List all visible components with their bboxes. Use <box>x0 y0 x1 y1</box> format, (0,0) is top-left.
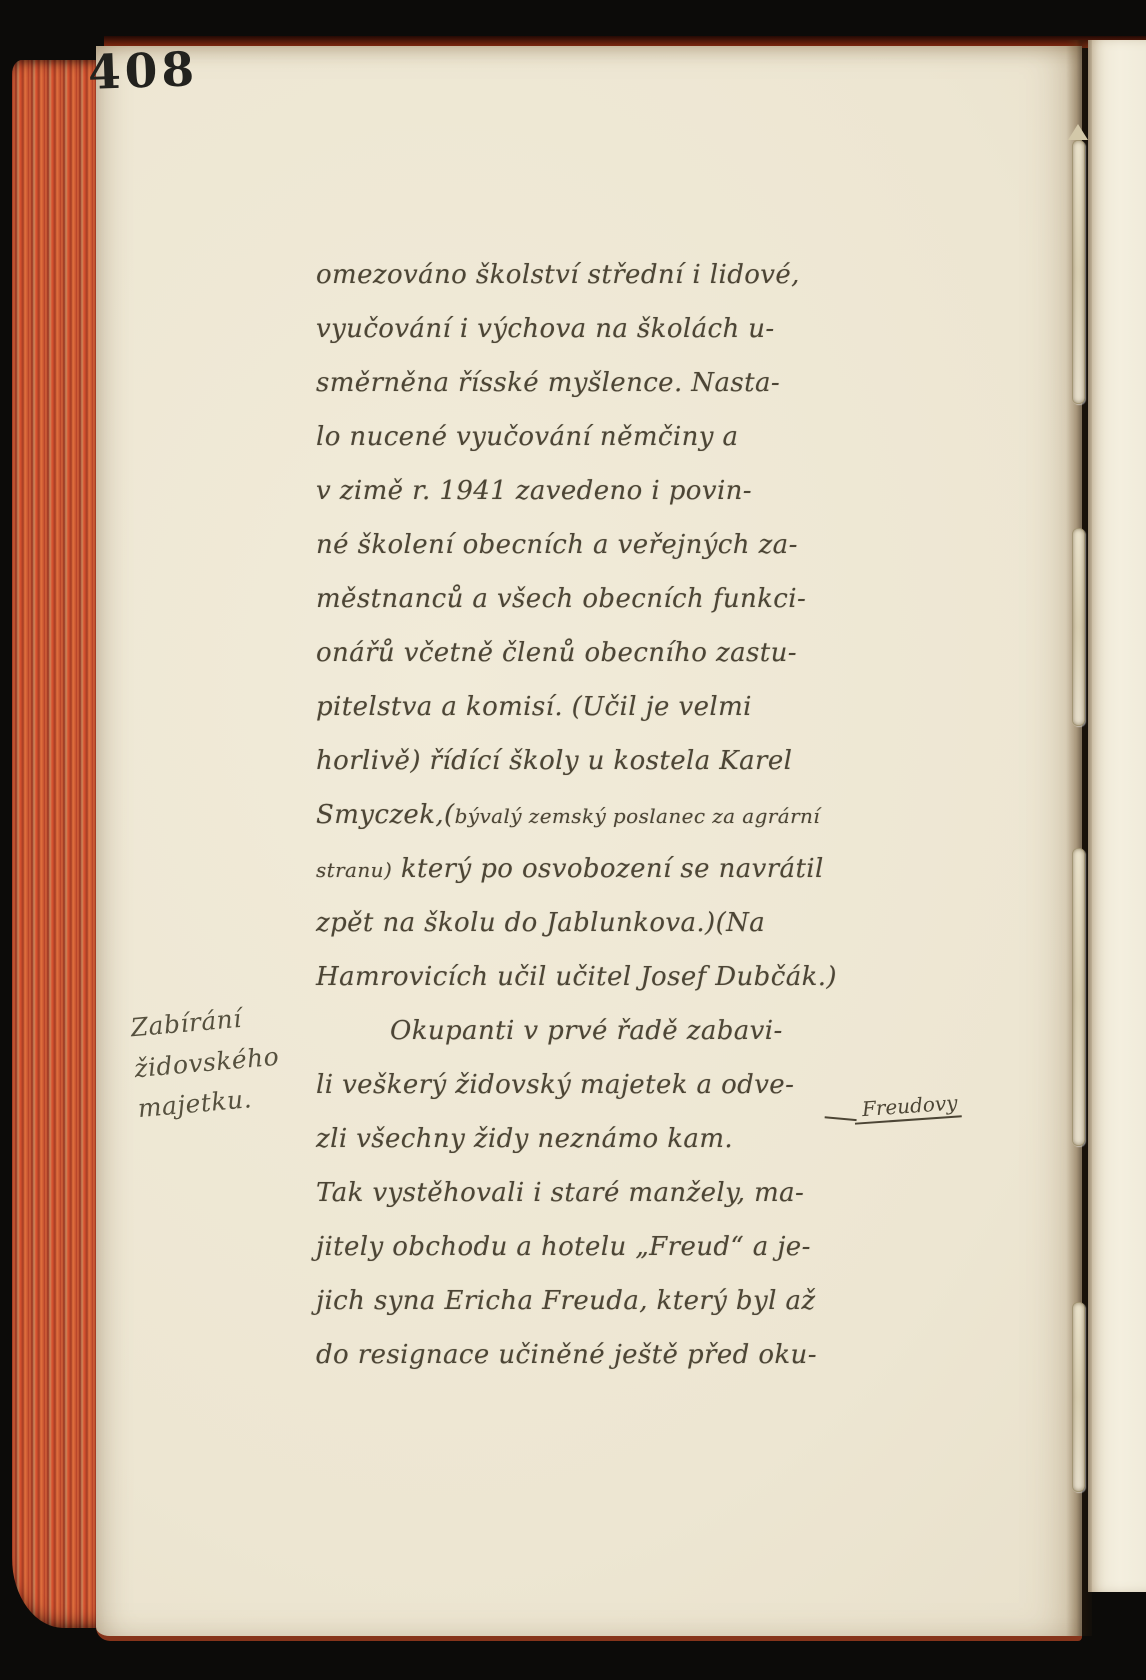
manuscript-line: směrněna řísské myšlence. Nasta- <box>316 356 976 410</box>
manuscript-text-segment: Okupanti v prvé řadě zabavi- <box>390 1016 783 1046</box>
manuscript-line: do resignace učiněné ještě před oku- <box>316 1328 976 1382</box>
manuscript-text-segment: zli všechny židy neznámo kam. <box>316 1124 733 1154</box>
red-page-edge-stack <box>12 60 108 1628</box>
manuscript-line: lo nucené vyučování němčiny a <box>316 410 976 464</box>
manuscript-text-segment: omezováno školství střední i lidové, <box>316 260 800 290</box>
manuscript-line: Smyczek,(bývalý zemský poslanec za agrár… <box>316 788 976 842</box>
manuscript-text: omezováno školství střední i lidové,vyuč… <box>316 248 976 1382</box>
manuscript-text-segment: Smyczek,( <box>316 800 455 830</box>
manuscript-text-segment: městnanců a všech obecních funkci- <box>316 584 806 614</box>
manuscript-line: v zimě r. 1941 zavedeno i povin- <box>316 464 976 518</box>
manuscript-line: stranu) který po osvobození se navrátil <box>316 842 976 896</box>
manuscript-text-segment: který po osvobození se navrátil <box>392 854 824 884</box>
manuscript-text-segment: vyučování i výchova na školách u- <box>316 314 775 344</box>
manuscript-line: vyučování i výchova na školách u- <box>316 302 976 356</box>
margin-note: Zabírání židovského majetku. <box>129 992 329 1130</box>
manuscript-line: né školení obecních a veřejných za- <box>316 518 976 572</box>
manuscript-line: pitelstva a komisí. (Učil je velmi <box>316 680 976 734</box>
manuscript-text-segment: Tak vystěhovali i staré manžely, ma- <box>316 1178 804 1208</box>
binding-slit-arrowhead <box>1068 124 1088 140</box>
manuscript-text-segment: jich syna Ericha Freuda, který byl až <box>316 1286 815 1316</box>
manuscript-line: Okupanti v prvé řadě zabavi- <box>316 1004 976 1058</box>
manuscript-text-segment: do resignace učiněné ještě před oku- <box>316 1340 817 1370</box>
manuscript-text-segment: lo nucené vyučování němčiny a <box>316 422 738 452</box>
folio-number-stamp: 408 <box>87 42 199 101</box>
manuscript-text-segment: směrněna řísské myšlence. Nasta- <box>316 368 780 398</box>
manuscript-line: horlivě) řídící školy u kostela Karel <box>316 734 976 788</box>
manuscript-line: onářů včetně členů obecního zastu- <box>316 626 976 680</box>
facing-page-strip <box>1088 40 1146 1592</box>
manuscript-text-segment: bývalý zemský poslanec za agrární <box>455 804 821 828</box>
manuscript-text-segment: horlivě) řídící školy u kostela Karel <box>316 746 792 776</box>
manuscript-text-segment: né školení obecních a veřejných za- <box>316 530 798 560</box>
manuscript-text-segment: pitelstva a komisí. (Učil je velmi <box>316 692 752 722</box>
binding-slit <box>1072 1302 1085 1492</box>
manuscript-line: městnanců a všech obecních funkci- <box>316 572 976 626</box>
manuscript-text-segment: v zimě r. 1941 zavedeno i povin- <box>316 476 752 506</box>
binding-slit <box>1072 140 1085 404</box>
manuscript-text-segment: li veškerý židovský majetek a odve- <box>316 1070 794 1100</box>
manuscript-line: jich syna Ericha Freuda, který byl až <box>316 1274 976 1328</box>
manuscript-text-segment: zpět na školu do Jablunkova.)(Na <box>316 908 765 938</box>
binding-slit <box>1072 528 1085 726</box>
manuscript-text-segment: Hamrovicích učil učitel Josef Dubčák.) <box>316 962 837 992</box>
manuscript-text-segment: jitely obchodu a hotelu „Freud“ a je- <box>316 1232 811 1262</box>
binding-slit <box>1072 848 1085 1146</box>
manuscript-text-segment: stranu) <box>316 858 392 882</box>
book-photo: 408 Zabírání židovského majetku. omezová… <box>0 0 1146 1680</box>
manuscript-line: Tak vystěhovali i staré manžely, ma- <box>316 1166 976 1220</box>
manuscript-line: Hamrovicích učil učitel Josef Dubčák.) <box>316 950 976 1004</box>
manuscript-line: zpět na školu do Jablunkova.)(Na <box>316 896 976 950</box>
manuscript-line: jitely obchodu a hotelu „Freud“ a je- <box>316 1220 976 1274</box>
manuscript-text-segment: onářů včetně členů obecního zastu- <box>316 638 797 668</box>
manuscript-line: omezováno školství střední i lidové, <box>316 248 976 302</box>
